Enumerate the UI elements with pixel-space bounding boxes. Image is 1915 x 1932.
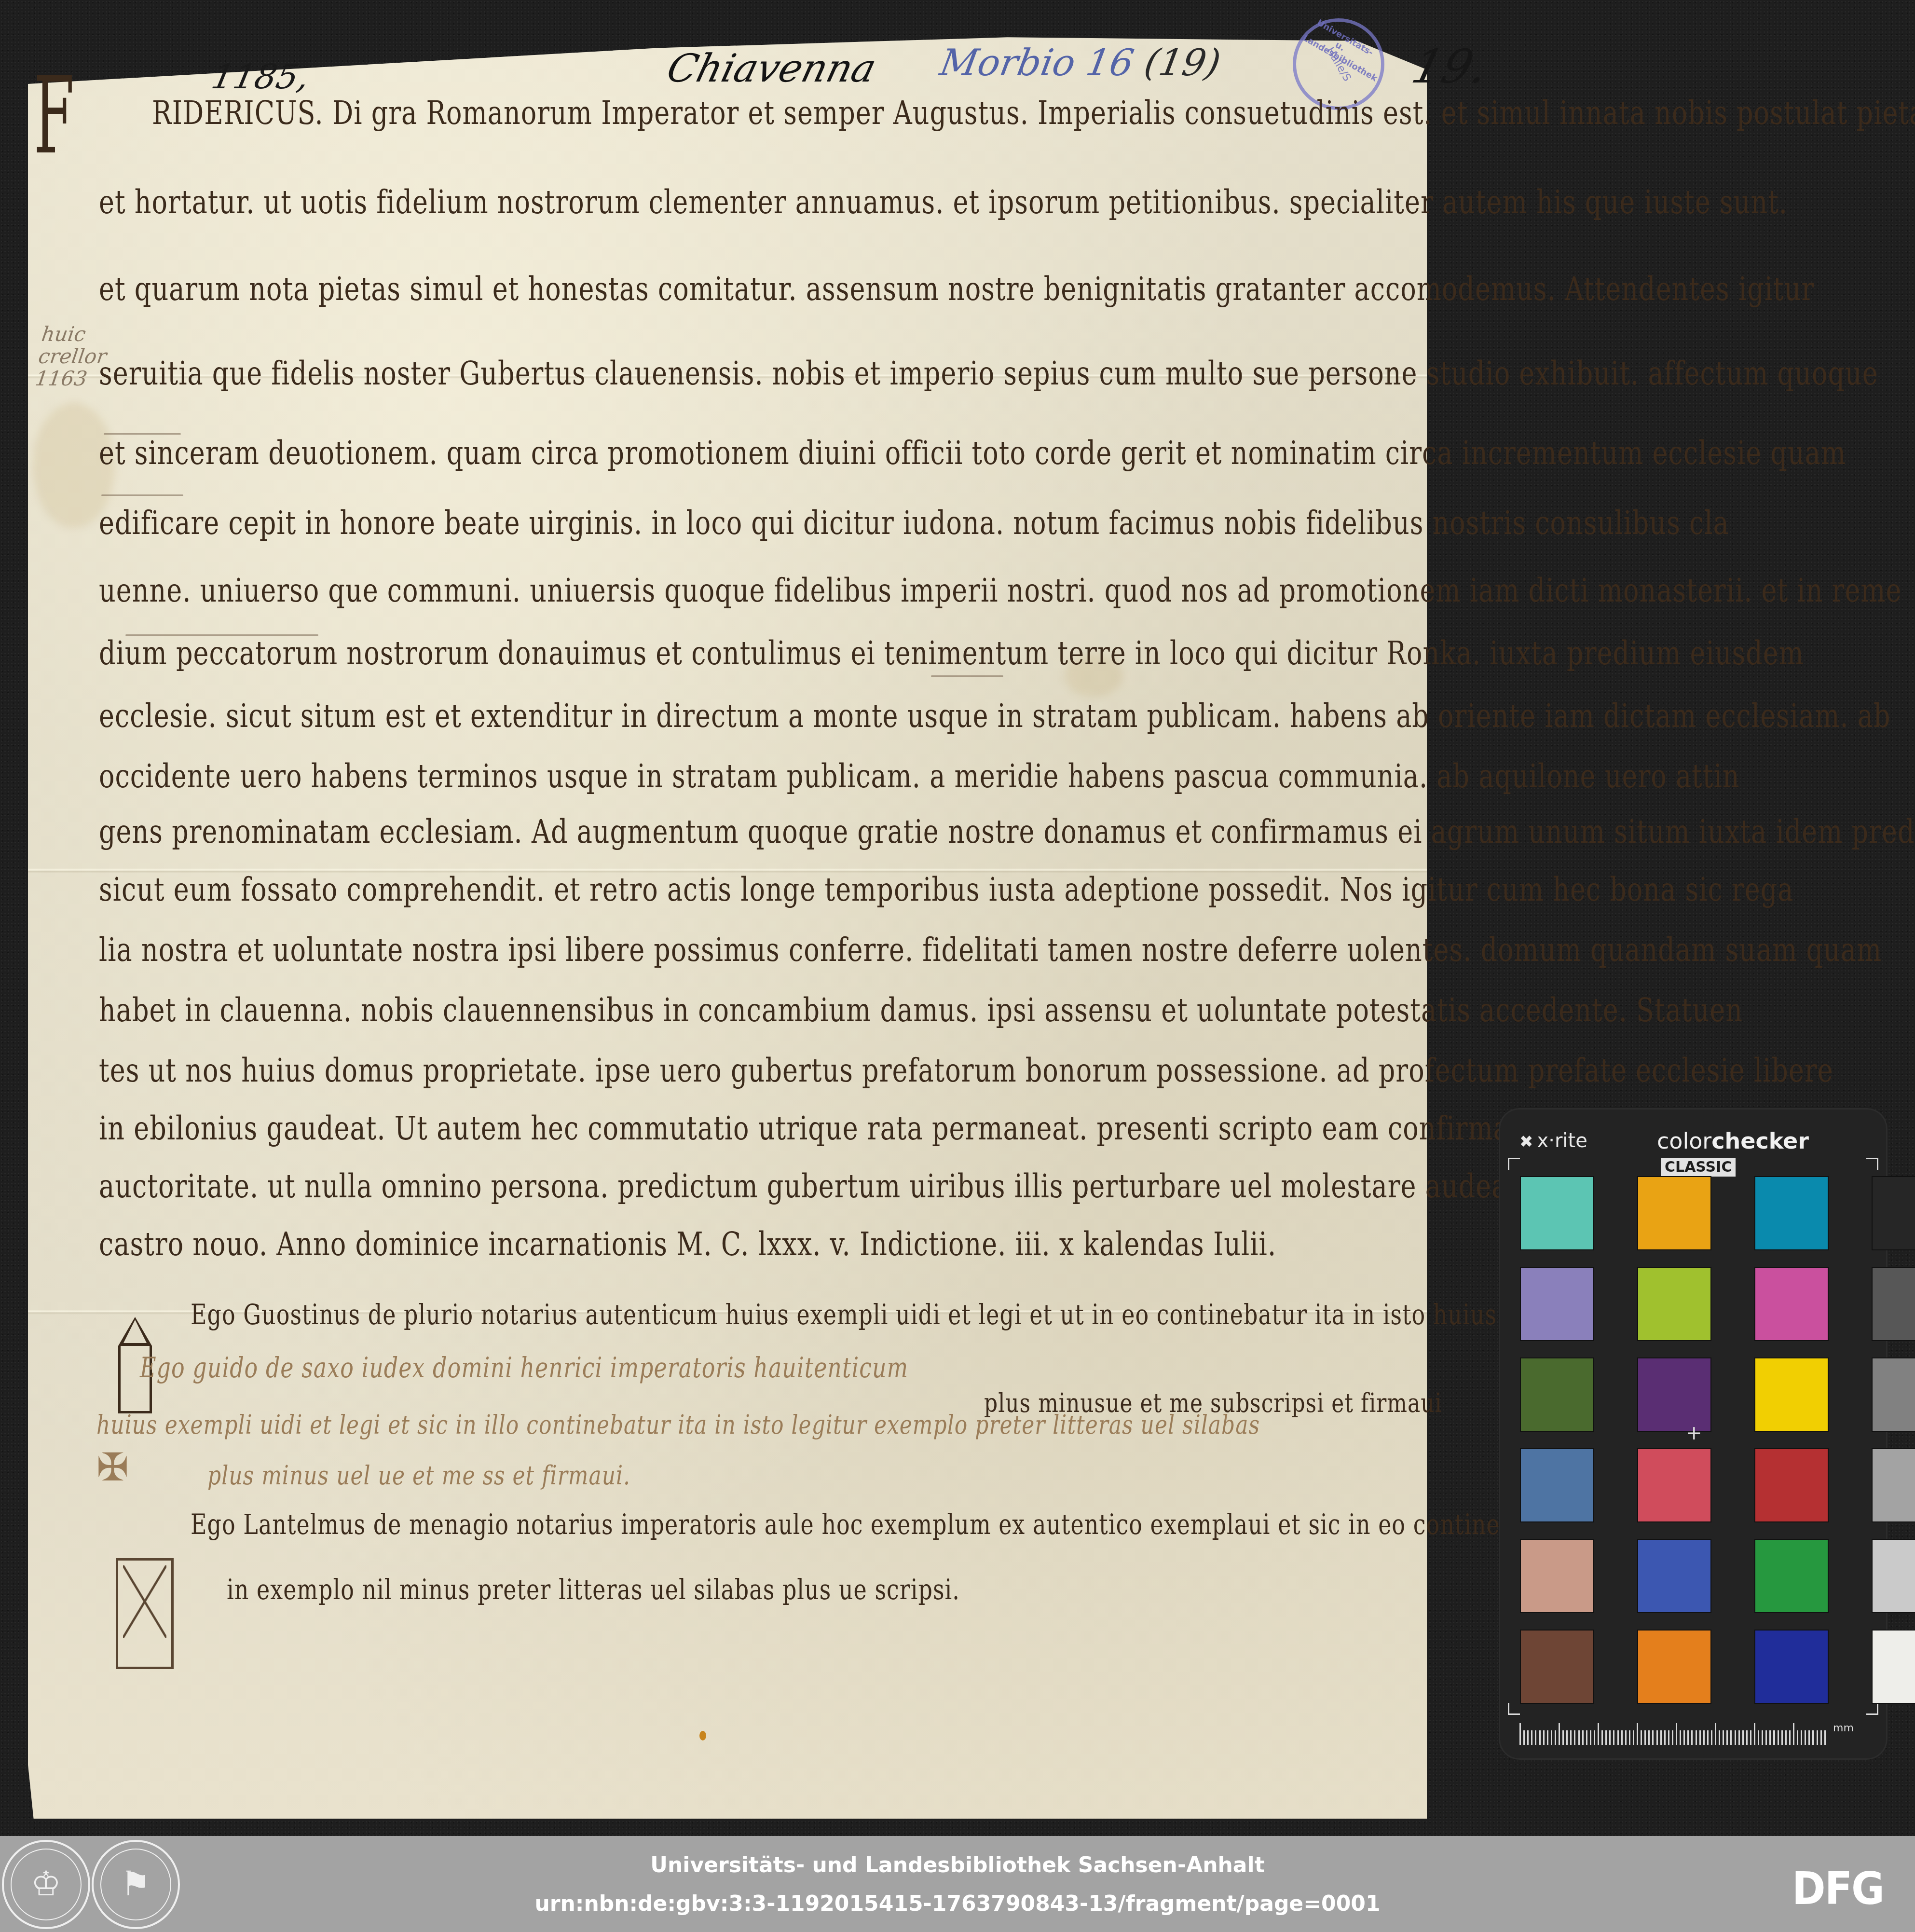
color-patch bbox=[1873, 1177, 1915, 1249]
dfg-logo: DFG bbox=[1792, 1863, 1884, 1915]
annotation-folio-number: 19. bbox=[1407, 40, 1494, 94]
decorated-initial: F bbox=[34, 63, 74, 169]
text-line: et quarum nota pietas simul et honestas … bbox=[99, 270, 1814, 308]
corner-mark bbox=[1508, 1158, 1520, 1170]
color-patch bbox=[1755, 1268, 1828, 1340]
text-line: edificare cepit in honore beate uirginis… bbox=[99, 504, 1729, 542]
color-patch bbox=[1873, 1449, 1915, 1521]
color-patch bbox=[1638, 1540, 1710, 1612]
xrite-brand: ✖x·rite bbox=[1519, 1130, 1587, 1152]
text-line: auctoritate. ut nulla omnino persona. pr… bbox=[99, 1167, 1662, 1205]
xrite-logo-icon: ✖ bbox=[1519, 1132, 1533, 1151]
text-line: ecclesie. sicut situm est et extenditur … bbox=[99, 697, 1891, 735]
color-patch bbox=[1521, 1540, 1593, 1612]
notary-sign-icon bbox=[116, 1558, 174, 1669]
library-name: Universitäts- und Landesbibliothek Sachs… bbox=[0, 1853, 1915, 1877]
underline-mark bbox=[931, 675, 1003, 677]
color-patch bbox=[1638, 1449, 1710, 1521]
subscription-line: Ego Lantelmus de menagio notarius impera… bbox=[191, 1508, 1700, 1541]
text-line: RIDERICUS. Di gra Romanorum Imperator et… bbox=[152, 94, 1915, 132]
color-patch bbox=[1755, 1540, 1828, 1612]
color-patch bbox=[1638, 1631, 1710, 1703]
text-line: dium peccatorum nostrorum donauimus et c… bbox=[99, 634, 1804, 672]
shelfmark-old: (19) bbox=[1141, 41, 1224, 84]
color-patch bbox=[1873, 1268, 1915, 1340]
notary-sign-faded-icon bbox=[96, 1450, 135, 1488]
color-patch bbox=[1755, 1631, 1828, 1703]
underline-mark bbox=[104, 433, 181, 435]
product-name-light: color bbox=[1657, 1128, 1711, 1154]
mm-ruler bbox=[1519, 1723, 1828, 1745]
color-patch bbox=[1755, 1358, 1828, 1431]
urn-identifier: urn:nbn:de:gbv:3:3-1192015415-1763790843… bbox=[0, 1891, 1915, 1916]
color-patch bbox=[1873, 1358, 1915, 1431]
subscription-line: in exemplo nil minus preter litteras uel… bbox=[227, 1574, 960, 1606]
ruler-unit: mm bbox=[1833, 1722, 1854, 1734]
product-badge: CLASSIC bbox=[1661, 1158, 1736, 1177]
color-patch bbox=[1755, 1449, 1828, 1521]
text-line: lia nostra et uoluntate nostra ipsi libe… bbox=[99, 931, 1882, 969]
colorchecker-title: colorcheckerCLASSIC bbox=[1657, 1128, 1886, 1180]
corner-mark bbox=[1508, 1703, 1520, 1715]
shelfmark-text: Morbio 16 bbox=[937, 41, 1137, 84]
text-line: uenne. uniuerso que communi. uniuersis q… bbox=[99, 571, 1902, 609]
annotation-year: 1185, bbox=[208, 57, 313, 96]
color-checker-card: ✖x·rite colorcheckerCLASSIC + mm bbox=[1500, 1110, 1886, 1758]
crosshair-icon: + bbox=[1686, 1422, 1702, 1444]
color-patch bbox=[1638, 1358, 1710, 1431]
text-line: et hortatur. ut uotis fidelium nostrorum… bbox=[99, 183, 1788, 221]
text-line: et sinceram deuotionem. quam circa promo… bbox=[99, 434, 1846, 472]
color-patch bbox=[1521, 1358, 1593, 1431]
underline-mark bbox=[125, 634, 318, 636]
color-patch bbox=[1638, 1177, 1710, 1249]
color-patch bbox=[1755, 1177, 1828, 1249]
color-patch bbox=[1873, 1540, 1915, 1612]
library-footer-banner: ♔ ⚑ Universitäts- und Landesbibliothek S… bbox=[0, 1836, 1915, 1932]
underline-mark bbox=[101, 494, 183, 496]
corner-mark bbox=[1866, 1158, 1878, 1170]
xrite-brand-text: x·rite bbox=[1537, 1130, 1587, 1152]
color-patch bbox=[1521, 1631, 1593, 1703]
scan-area: 1185, Chiavenna Morbio 16 (19) 19. huic … bbox=[0, 0, 1915, 1838]
color-patch-grid bbox=[1521, 1177, 1915, 1703]
text-line: seruitia que fidelis noster Gubertus cla… bbox=[99, 354, 1878, 392]
color-patch bbox=[1638, 1268, 1710, 1340]
subscription-line: Ego guido de saxo iudex domini henrici i… bbox=[140, 1352, 908, 1384]
text-line: tes ut nos huius domus proprietate. ipse… bbox=[99, 1051, 1833, 1089]
subscription-line: plus minus uel ue et me ss et firmaui. bbox=[207, 1460, 630, 1491]
text-line: gens prenominatam ecclesiam. Ad augmentu… bbox=[99, 812, 1915, 850]
color-patch bbox=[1873, 1631, 1915, 1703]
wax-spot bbox=[699, 1731, 706, 1740]
text-line: castro nouo. Anno dominice incarnationis… bbox=[99, 1225, 1276, 1263]
annotation-shelfmark: Morbio 16 (19) bbox=[937, 41, 1224, 84]
annotation-margin-note: huic crellor 1163 bbox=[34, 323, 101, 390]
text-line: sicut eum fossato comprehendit. et retro… bbox=[99, 870, 1793, 908]
color-patch bbox=[1521, 1268, 1593, 1340]
color-patch bbox=[1521, 1177, 1593, 1249]
color-patch bbox=[1521, 1449, 1593, 1521]
subscription-line: huius exempli uidi et legi et sic in ill… bbox=[96, 1410, 1260, 1440]
text-line: habet in clauenna. nobis clauennensibus … bbox=[99, 991, 1743, 1029]
product-name-bold: checker bbox=[1711, 1128, 1809, 1154]
corner-mark bbox=[1866, 1703, 1878, 1715]
text-line: occidente uero habens terminos usque in … bbox=[99, 757, 1740, 795]
annotation-place: Chiavenna bbox=[662, 46, 880, 91]
